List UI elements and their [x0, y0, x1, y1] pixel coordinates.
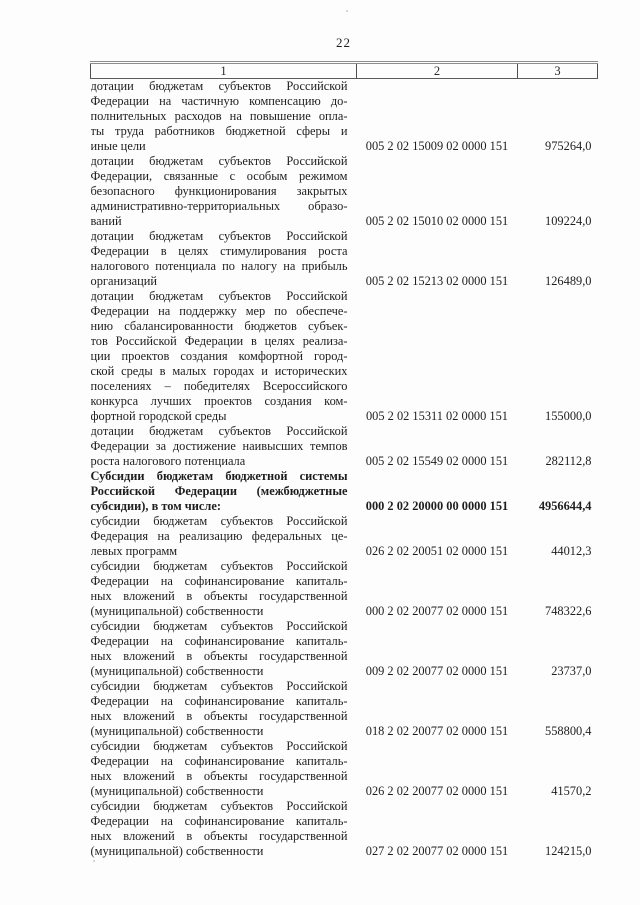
row-description-cell: Субсидии бюджетам бюджетной системыРосси…: [91, 469, 357, 514]
row-budget-code-cell: 018 2 02 20077 02 0000 151: [357, 679, 518, 739]
row-budget-code-cell: 005 2 02 15010 02 0000 151: [357, 154, 518, 229]
row-description-cell: субсидии бюджетам субъектов РоссийскойФе…: [91, 679, 357, 739]
table-row: дотации бюджетам субъектов РоссийскойФед…: [91, 229, 598, 289]
scan-speck: [93, 860, 95, 862]
table-row: дотации бюджетам субъектов РоссийскойФед…: [91, 79, 598, 155]
row-amount-cell: 124215,0: [518, 799, 598, 859]
table-row-section-total: Субсидии бюджетам бюджетной системыРосси…: [91, 469, 598, 514]
table-row: субсидии бюджетам субъектов РоссийскойФе…: [91, 514, 598, 559]
table-row: субсидии бюджетам субъектов РоссийскойФе…: [91, 619, 598, 679]
table-row: дотации бюджетам субъектов РоссийскойФед…: [91, 424, 598, 469]
row-description-cell: субсидии бюджетам субъектов РоссийскойФе…: [91, 739, 357, 799]
row-amount-cell: 23737,0: [518, 619, 598, 679]
row-amount-cell: 975264,0: [518, 79, 598, 155]
document-page: 22 1 2 3 дотации бюджетам субъектов Росс…: [0, 0, 640, 905]
row-budget-code-cell: 000 2 02 20000 00 0000 151: [357, 469, 518, 514]
row-amount-cell: 126489,0: [518, 229, 598, 289]
row-amount-cell: 282112,8: [518, 424, 598, 469]
scan-speck: [346, 10, 348, 12]
page-number: 22: [90, 35, 597, 51]
row-description-cell: дотации бюджетам субъектов РоссийскойФед…: [91, 229, 357, 289]
budget-table: 1 2 3 дотации бюджетам субъектов Российс…: [90, 61, 598, 859]
budget-table-header: 1 2 3: [91, 63, 598, 79]
table-row: субсидии бюджетам субъектов РоссийскойФе…: [91, 679, 598, 739]
header-row: 1 2 3: [91, 63, 598, 79]
row-budget-code-cell: 000 2 02 20077 02 0000 151: [357, 559, 518, 619]
row-budget-code-cell: 005 2 02 15213 02 0000 151: [357, 229, 518, 289]
table-row: субсидии бюджетам субъектов РоссийскойФе…: [91, 559, 598, 619]
column-header-2: 2: [357, 63, 518, 79]
column-header-1: 1: [91, 63, 357, 79]
row-amount-cell: 558800,4: [518, 679, 598, 739]
scan-speck: [107, 537, 109, 539]
row-description-cell: субсидии бюджетам субъектов РоссийскойФе…: [91, 559, 357, 619]
row-amount-cell: 4956644,4: [518, 469, 598, 514]
row-budget-code-cell: 009 2 02 20077 02 0000 151: [357, 619, 518, 679]
row-description-cell: дотации бюджетам субъектов РоссийскойФед…: [91, 424, 357, 469]
row-amount-cell: 44012,3: [518, 514, 598, 559]
row-budget-code-cell: 027 2 02 20077 02 0000 151: [357, 799, 518, 859]
table-row: субсидии бюджетам субъектов РоссийскойФе…: [91, 739, 598, 799]
row-description-cell: субсидии бюджетам субъектов РоссийскойФе…: [91, 619, 357, 679]
row-amount-cell: 109224,0: [518, 154, 598, 229]
row-description-cell: дотации бюджетам субъектов РоссийскойФед…: [91, 79, 357, 155]
table-row: дотации бюджетам субъектов РоссийскойФед…: [91, 154, 598, 229]
row-amount-cell: 155000,0: [518, 289, 598, 424]
table-row: дотации бюджетам субъектов РоссийскойФед…: [91, 289, 598, 424]
row-description-cell: дотации бюджетам субъектов РоссийскойФед…: [91, 289, 357, 424]
row-amount-cell: 41570,2: [518, 739, 598, 799]
row-budget-code-cell: 005 2 02 15009 02 0000 151: [357, 79, 518, 155]
row-description-cell: дотации бюджетам субъектов РоссийскойФед…: [91, 154, 357, 229]
table-row: субсидии бюджетам субъектов РоссийскойФе…: [91, 799, 598, 859]
row-amount-cell: 748322,6: [518, 559, 598, 619]
row-budget-code-cell: 005 2 02 15549 02 0000 151: [357, 424, 518, 469]
row-description-cell: субсидии бюджетам субъектов РоссийскойФе…: [91, 799, 357, 859]
row-description-cell: субсидии бюджетам субъектов РоссийскойФе…: [91, 514, 357, 559]
row-budget-code-cell: 026 2 02 20051 02 0000 151: [357, 514, 518, 559]
column-header-3: 3: [518, 63, 598, 79]
row-budget-code-cell: 005 2 02 15311 02 0000 151: [357, 289, 518, 424]
row-budget-code-cell: 026 2 02 20077 02 0000 151: [357, 739, 518, 799]
